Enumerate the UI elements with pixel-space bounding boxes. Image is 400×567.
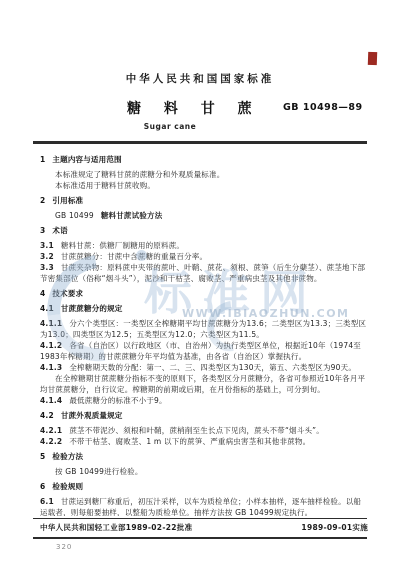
footer: 中华人民共和国轻工业部1989-02-22批准 1989-09-01实施	[40, 522, 368, 533]
text-content: 在全榨糖期甘蔗蔗糖分指标不变的原则下，各类型区分月蔗糖分，各省可参照近10年各月…	[40, 374, 365, 394]
footer-divider-bottom	[33, 537, 367, 539]
text-content: 检验方法	[52, 452, 83, 461]
section-heading: 4.2甘蔗外观质量规定	[40, 410, 368, 421]
clause-number: 4.1.4	[40, 396, 62, 405]
reference-line: GB 10499糖料甘蔗试验方法	[40, 210, 368, 221]
paragraph: 在全榨糖期甘蔗蔗糖分指标不变的原则下，各类型区分月蔗糖分，各省可参照近10年各月…	[40, 373, 368, 395]
clause-number: 1	[40, 155, 45, 164]
document-title: 糖 料 甘 蔗	[127, 98, 261, 118]
text-content: 检验规则	[52, 482, 83, 491]
paragraph: 本标准规定了糖料甘蔗的蔗糖分和外观质量标准。	[40, 169, 368, 180]
clause-number: GB 10499	[55, 211, 94, 220]
clause-number: 3.3	[40, 263, 54, 272]
text-content: 全榨糖期天数的分配：第一、二、三、四类型区为130天，第五、六类型区为90天。	[69, 363, 356, 372]
clause-number: 4.2	[40, 411, 54, 420]
section-heading: 6检验规则	[40, 481, 368, 492]
text-content: 最低蔗糖分的标准不小于9。	[69, 396, 166, 405]
section-heading: 4技术要求	[40, 288, 368, 299]
section-heading: 2引用标准	[40, 195, 368, 206]
clause-number: 4.2.1	[40, 426, 62, 435]
clause-line: 4.1.2各省（自治区）以行政地区（市、自治州）为执行类型区单位，根据近10年（…	[40, 340, 368, 362]
page-number: 320	[56, 543, 72, 551]
clause-line: 3.2甘蔗蔗糖分：甘蔗中含蔗糖的重量百分率。	[40, 251, 368, 262]
clause-line: 4.1.3全榨糖期天数的分配：第一、二、三、四类型区为130天，第五、六类型区为…	[40, 362, 368, 373]
text-content: 甘蔗运到糖厂称重后，初压汁采样，以车为质检单位；小样本抽样，逐车抽样检验。以船运…	[40, 497, 361, 516]
document-body: 1主题内容与适用范围本标准规定了糖料甘蔗的蔗糖分和外观质量标准。本标准适用于糖料…	[40, 150, 368, 516]
text-content: 分六个类型区：一类型区全榨糖期平均甘蔗蔗糖分为13.6；二类型区为13.3；三类…	[40, 319, 366, 339]
clause-number: 4.1.3	[40, 363, 62, 372]
text-content: 主题内容与适用范围	[52, 155, 121, 164]
text-content: 糖料甘蔗：供糖厂制糖用的原料蔗。	[61, 241, 184, 250]
approval-text: 中华人民共和国轻工业部1989-02-22批准	[40, 522, 192, 533]
header-divider	[33, 141, 367, 144]
clause-line: 3.1糖料甘蔗：供糖厂制糖用的原料蔗。	[40, 240, 368, 251]
clause-line: 6.1甘蔗运到糖厂称重后，初压汁采样，以车为质检单位；小样本抽样，逐车抽样检验。…	[40, 496, 368, 516]
clause-number: 6	[40, 482, 45, 491]
clause-number: 4	[40, 289, 45, 298]
document-title-english: Sugar cane	[0, 122, 340, 131]
text-content: 甘蔗蔗糖分的规定	[61, 304, 123, 313]
clause-number: 4.1	[40, 304, 54, 313]
section-heading: 3术语	[40, 225, 368, 236]
text-content: 不带干枯茎、腐败茎、1 m 以下的蔗笋、严重病虫害茎和其他非蔗物。	[69, 437, 310, 446]
implementation-text: 1989-09-01实施	[301, 522, 368, 533]
text-content: 蔗茎不带泥沙、须根和叶鞘，蔗梢削至生长点下见肉，蔗头不带“烟斗头”。	[69, 426, 324, 435]
text-content: 甘蔗夹杂物：原料蔗中夹带的蔗叶、叶鞘、蔗花、须根、蔗笋（后生分蘖茎）、蔗茎地下部…	[40, 263, 365, 283]
standard-number: GB 10498—89	[283, 102, 363, 113]
text-content: 技术要求	[52, 289, 83, 298]
paragraph: 按 GB 10499进行检验。	[40, 466, 368, 477]
text-content: 糖料甘蔗试验方法	[101, 211, 163, 220]
clause-number: 3.1	[40, 241, 54, 250]
text-content: 引用标准	[52, 196, 83, 205]
footer-divider-top	[33, 518, 367, 519]
clause-number: 6.1	[40, 497, 54, 506]
clause-number: 4.2.2	[40, 437, 62, 446]
paragraph: 本标准适用于糖料甘蔗收购。	[40, 180, 368, 191]
text-content: 按 GB 10499进行检验。	[55, 467, 143, 476]
clause-line: 4.2.1蔗茎不带泥沙、须根和叶鞘，蔗梢削至生长点下见肉，蔗头不带“烟斗头”。	[40, 425, 368, 436]
clause-number: 3	[40, 226, 45, 235]
document-page: 中华人民共和国国家标准 糖 料 甘 蔗 GB 10498—89 Sugar ca…	[0, 0, 400, 567]
text-content: 甘蔗蔗糖分：甘蔗中含蔗糖的重量百分率。	[61, 252, 207, 261]
clause-line: 4.1.1分六个类型区：一类型区全榨糖期平均甘蔗蔗糖分为13.6；二类型区为13…	[40, 318, 368, 340]
section-heading: 1主题内容与适用范围	[40, 154, 368, 165]
standard-label: 中华人民共和国国家标准	[0, 71, 400, 86]
clause-number: 4.1.1	[40, 319, 62, 328]
section-heading: 5检验方法	[40, 451, 368, 462]
clause-number: 5	[40, 452, 45, 461]
clause-line: 4.2.2不带干枯茎、腐败茎、1 m 以下的蔗笋、严重病虫害茎和其他非蔗物。	[40, 436, 368, 447]
section-heading: 4.1甘蔗蔗糖分的规定	[40, 303, 368, 314]
text-content: 本标准适用于糖料甘蔗收购。	[55, 181, 155, 190]
clause-number: 3.2	[40, 252, 54, 261]
red-stamp-mark	[368, 52, 377, 65]
clause-line: 4.1.4最低蔗糖分的标准不小于9。	[40, 395, 368, 406]
clause-line: 3.3甘蔗夹杂物：原料蔗中夹带的蔗叶、叶鞘、蔗花、须根、蔗笋（后生分蘖茎）、蔗茎…	[40, 262, 368, 284]
text-content: 本标准规定了糖料甘蔗的蔗糖分和外观质量标准。	[55, 170, 224, 179]
clause-number: 4.1.2	[40, 341, 62, 350]
clause-number: 2	[40, 196, 45, 205]
text-content: 各省（自治区）以行政地区（市、自治州）为执行类型区单位，根据近10年（1974至…	[40, 341, 361, 361]
text-content: 甘蔗外观质量规定	[61, 411, 123, 420]
text-content: 术语	[52, 226, 67, 235]
